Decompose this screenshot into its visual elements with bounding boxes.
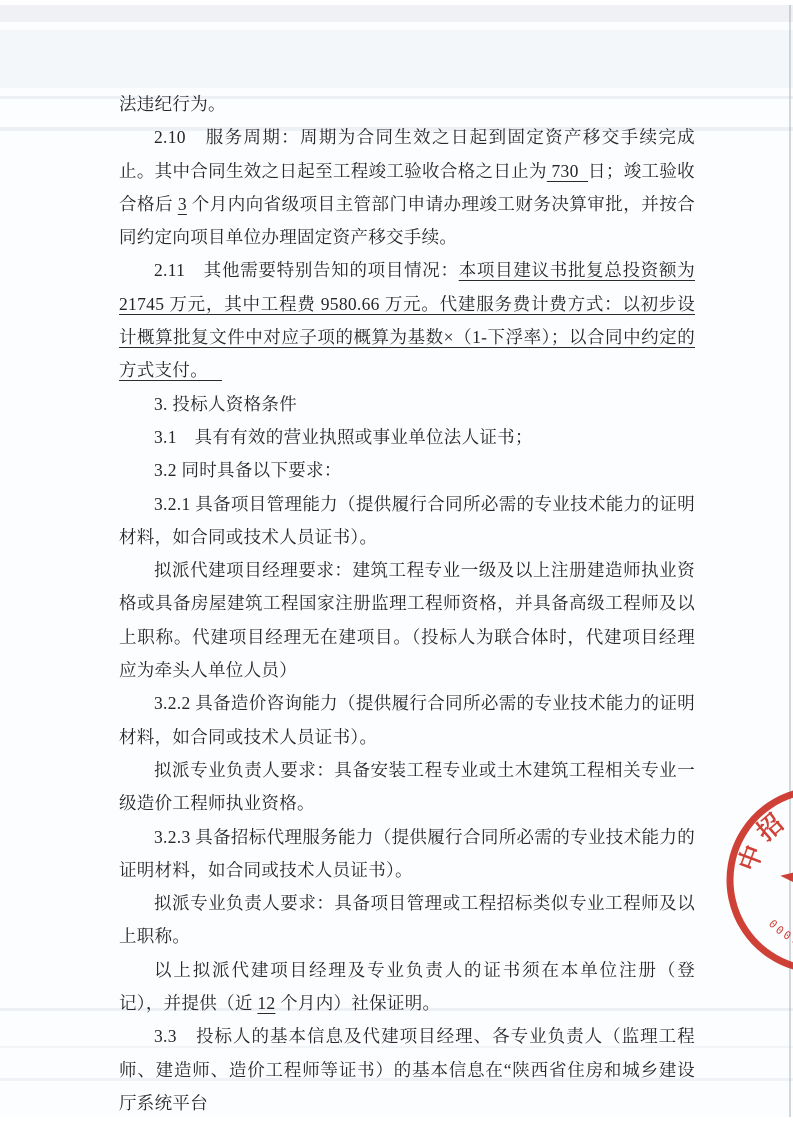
paragraph: 拟派专业负责人要求：具备安装工程专业或土木建筑工程相关专业一级造价工程师执业资格…: [119, 754, 695, 821]
official-seal: 中招 0001422: [708, 786, 793, 992]
underlined-text: 12: [257, 993, 275, 1013]
text-run: 法违纪行为。: [119, 94, 226, 114]
document-body: 法违纪行为。2.10 服务周期：周期为合同生效之日起到固定资产移交手续完成止。其…: [119, 88, 695, 1120]
paragraph: 3.1 具有有效的营业执照或事业单位法人证书；: [119, 421, 695, 454]
paragraph: 法违纪行为。: [119, 88, 695, 121]
text-run: 个月内）社保证明。: [275, 993, 440, 1013]
paragraph: 3.2.2 具备造价咨询能力（提供履行合同所必需的专业技术能力的证明材料，如合同…: [119, 687, 695, 754]
star-icon: [775, 833, 793, 920]
paragraph: 2.10 服务周期：周期为合同生效之日起到固定资产移交手续完成止。其中合同生效之…: [119, 121, 695, 254]
paragraph: 拟派代建项目经理要求：建筑工程专业一级及以上注册建造师执业资格或具备房屋建筑工程…: [119, 554, 695, 687]
text-run: 3. 投标人资格条件: [154, 394, 297, 414]
underlined-text: [208, 360, 222, 380]
text-run: 拟派代建项目经理要求：建筑工程专业一级及以上注册建造师执业资格或具备房屋建筑工程…: [119, 560, 695, 680]
scanned-page: { "page": { "background": "#fcfdfe", "te…: [0, 0, 793, 1123]
paragraph: 3.2.3 具备招标代理服务能力（提供履行合同所必需的专业技术能力的证明材料，如…: [119, 821, 695, 888]
text-run: 3.1 具有有效的营业执照或事业单位法人证书；: [154, 427, 533, 447]
paragraph: 3.3 投标人的基本信息及代建项目经理、各专业负责人（监理工程师、建造师、造价工…: [119, 1020, 695, 1120]
scan-streak: [0, 30, 793, 88]
text-run: 拟派专业负责人要求：具备项目管理或工程招标类似专业工程师及以上职称。: [119, 893, 695, 946]
text-run: 3.2 同时具备以下要求：: [154, 460, 342, 480]
text-run: 3.3 投标人的基本信息及代建项目经理、各专业负责人（监理工程师、建造师、造价工…: [119, 1026, 695, 1113]
text-run: 2.11 其他需要特别告知的项目情况：: [154, 260, 459, 280]
paragraph: 3. 投标人资格条件: [119, 388, 695, 421]
paragraph: 拟派专业负责人要求：具备项目管理或工程招标类似专业工程师及以上职称。: [119, 887, 695, 954]
paragraph: 以上拟派代建项目经理及专业负责人的证书须在本单位注册（登记），并提供（近 12 …: [119, 954, 695, 1021]
paragraph: 2.11 其他需要特别告知的项目情况：本项目建议书批复总投资额为 21745 万…: [119, 254, 695, 387]
text-run: 3.2.2 具备造价咨询能力（提供履行合同所必需的专业技术能力的证明材料，如合同…: [119, 693, 695, 746]
text-run: 3.2.3 具备招标代理服务能力（提供履行合同所必需的专业技术能力的证明材料，如…: [119, 827, 695, 880]
text-run: 3.2.1 具备项目管理能力（提供履行合同所必需的专业技术能力的证明材料，如合同…: [119, 494, 695, 547]
underlined-text: 3: [178, 194, 187, 214]
text-run: 拟派专业负责人要求：具备安装工程专业或土木建筑工程相关专业一级造价工程师执业资格…: [119, 760, 695, 813]
page-edge-top: [0, 0, 793, 5]
scan-streak: [0, 0, 793, 22]
text-run: 个月内向省级项目主管部门申请办理竣工财务决算审批，并按合同约定向项目单位办理固定…: [119, 194, 695, 247]
paragraph: 3.2 同时具备以下要求：: [119, 454, 695, 487]
underlined-text: 730: [547, 161, 588, 181]
paragraph: 3.2.1 具备项目管理能力（提供履行合同所必需的专业技术能力的证明材料，如合同…: [119, 488, 695, 555]
